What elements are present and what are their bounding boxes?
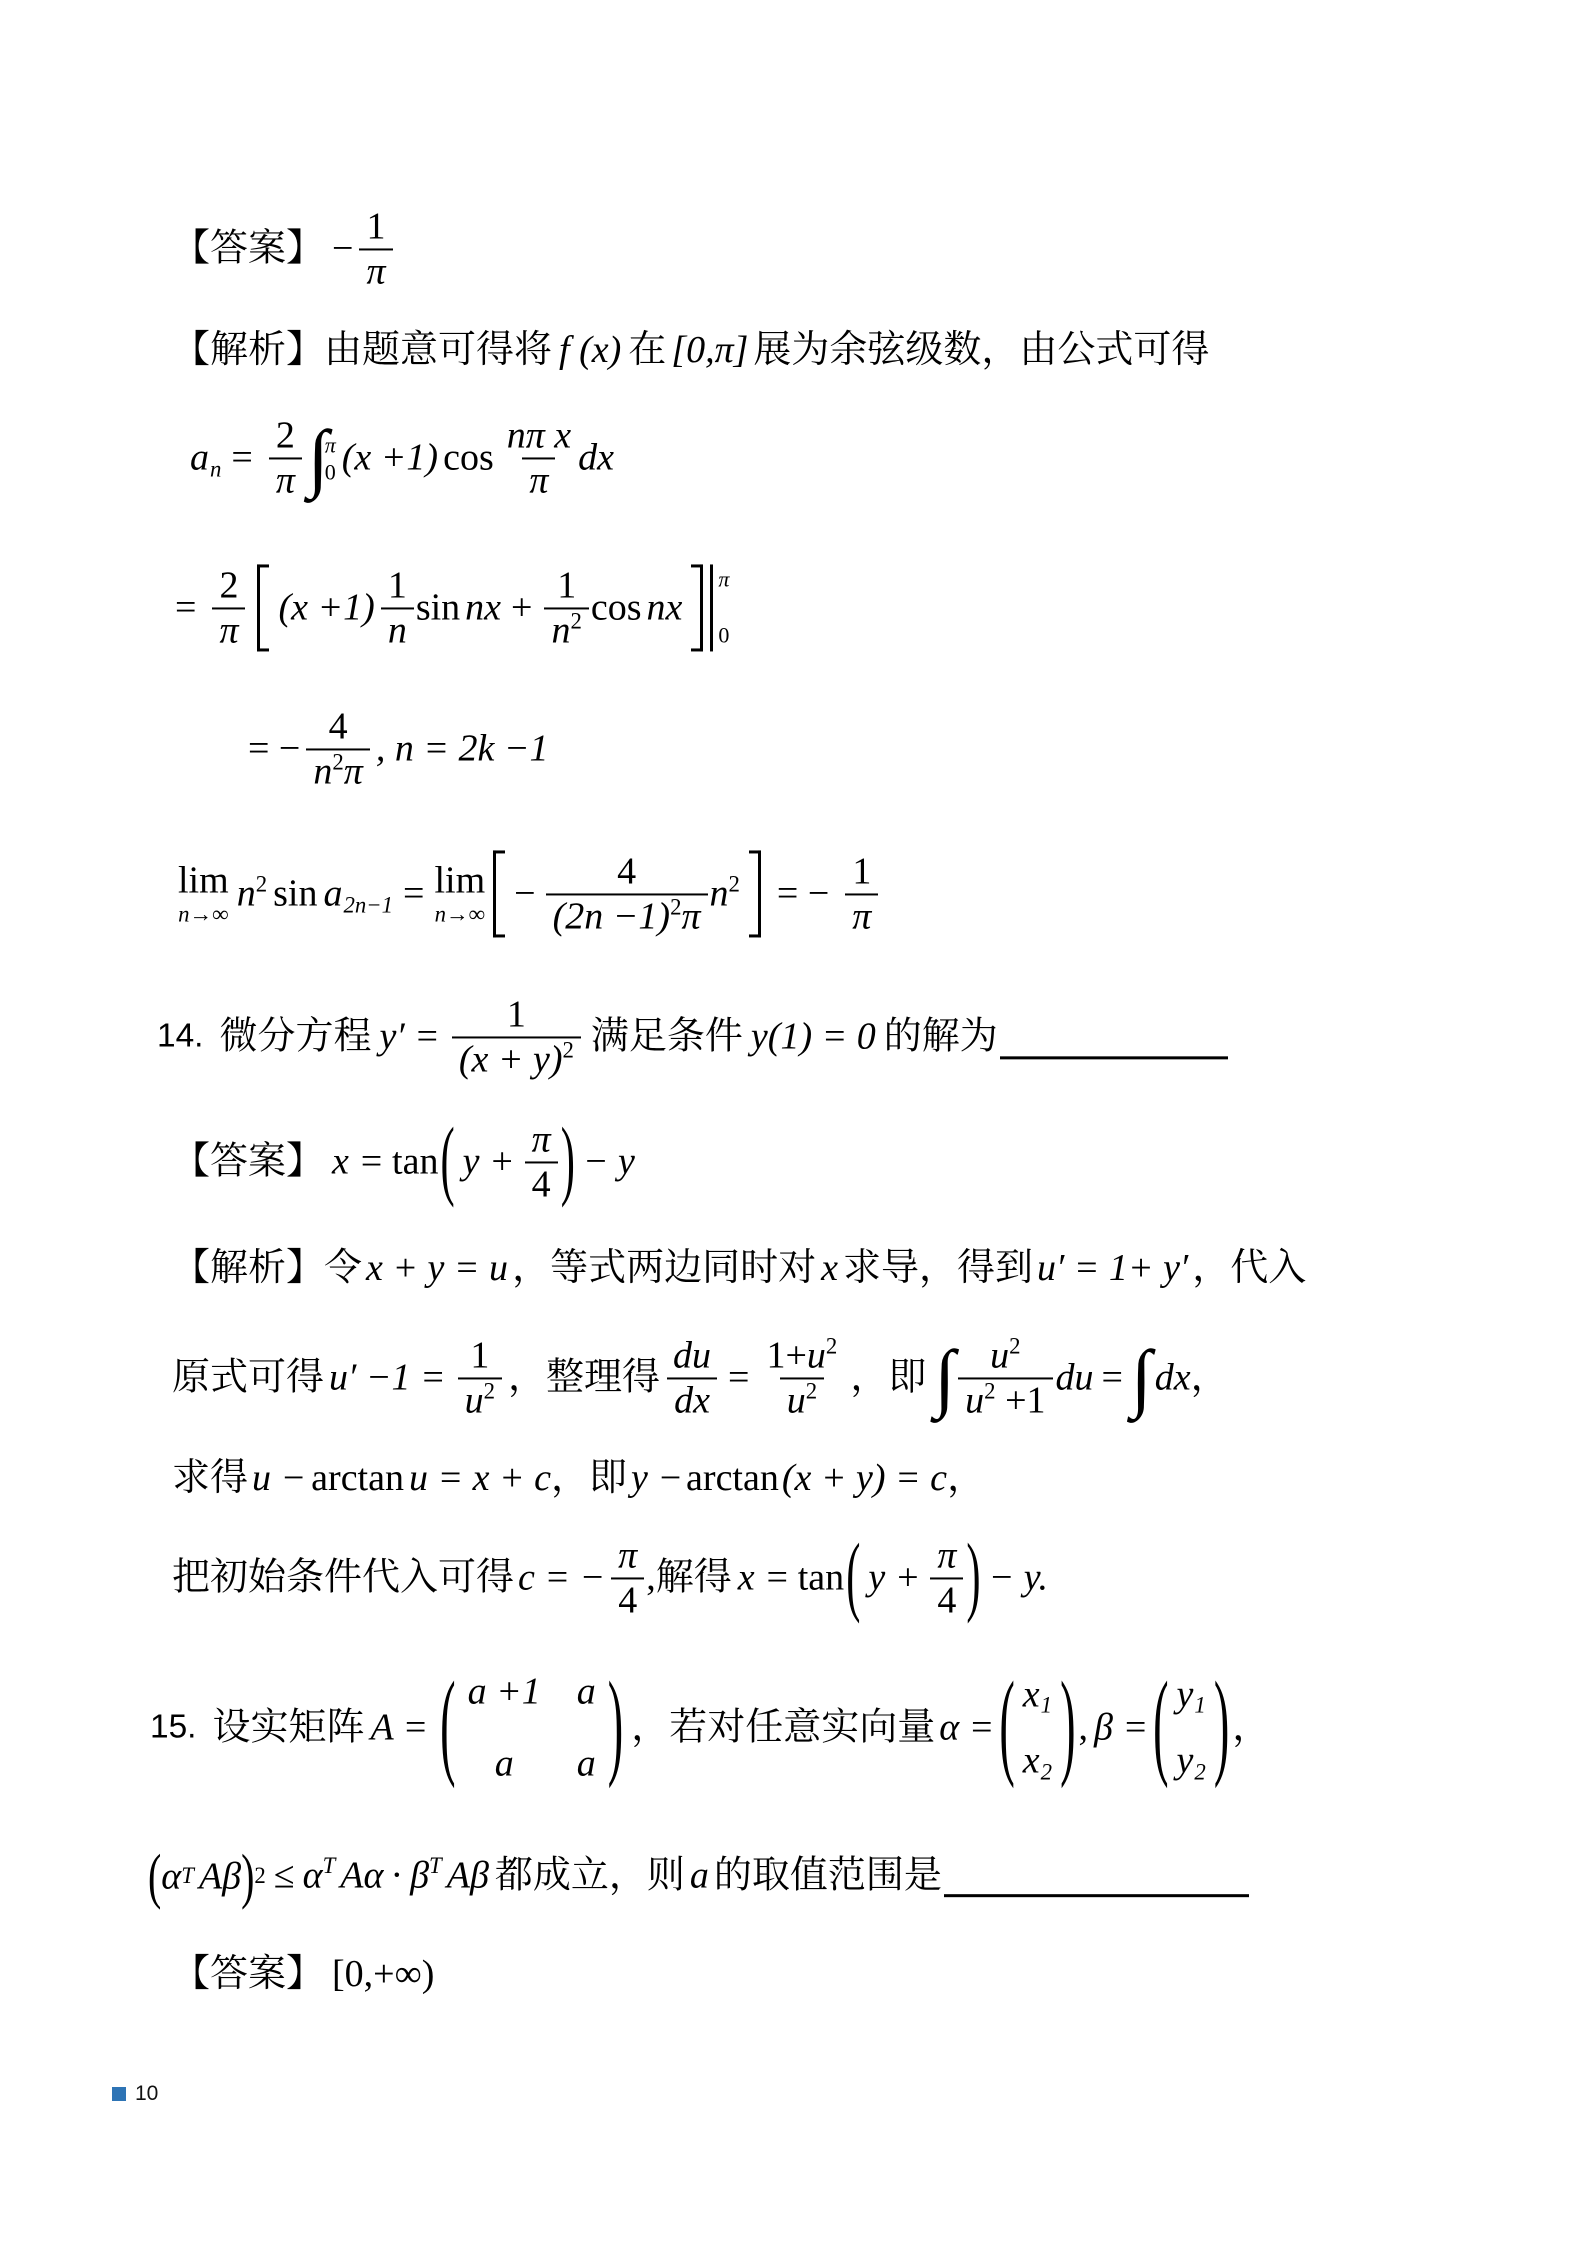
footer-square-icon [112,2087,126,2101]
math-token: dx [578,435,614,481]
cjk-text: 都成立，则 [495,1852,685,1898]
lim-text: lim [178,862,229,900]
numerator: 1+u2 [759,1334,844,1377]
math-token: x + y = u [366,1245,508,1291]
numerator: 1 [381,564,414,607]
lower-limit: 0 [325,460,336,487]
comma: , [1079,1705,1089,1751]
cjk-text: 满足条件 [591,1014,743,1060]
left-bracket [493,850,505,937]
tan-operator: tan [392,1139,438,1185]
paren-group: ( y + π 4 ) [846,1534,980,1621]
analysis-14-step4-line: 把初始条件代入可得 c = − π 4 ,解得 x = tan ( y + π … [172,1534,1048,1621]
right-paren: ) [241,1846,254,1908]
cjk-text: 的取值范围是 [714,1852,942,1898]
right-paren: ) [1214,1669,1229,1787]
lim-underscript: n→∞ [435,904,485,927]
dot-operator: · [390,1852,403,1898]
cjk-text: 由题意可得将 [324,327,552,373]
formula-an-line: an = 2 π ∫ π 0 (x +1) cos nπ x π dx [190,414,614,501]
cjk-text: 令 [324,1245,362,1291]
math-token: n2 [710,871,740,917]
denominator: (x + y)2 [452,1036,581,1081]
denominator: 4 [611,1577,644,1622]
numerator: 4 [322,705,355,748]
fraction: 2 π [269,414,302,501]
math-token: − y. [989,1555,1048,1601]
math-token: y(1) = 0 [751,1014,876,1060]
math-token: y + [868,1555,920,1601]
vector-cells: y1 y2 [1169,1672,1214,1785]
fraction: 1 n2 [544,564,588,651]
fraction: 4 n2π [306,705,369,792]
integral: ∫ π 0 [308,426,342,491]
right-paren: ) [608,1669,623,1787]
matrix-cell: a [577,1669,596,1715]
numerator: nπ x [500,414,578,457]
formula-limit-line: lim n→∞ n2 sin a2n−1 = lim n→∞ − 4 (2n −… [178,850,884,937]
answer-label: 【答案】 [172,1951,324,1997]
answer-label: 【答案】 [172,1139,324,1185]
bracket-content: − 4 (2n −1)2π n2 [511,850,743,937]
answer-14-line: 【答案】 x = tan ( y + π 4 ) − y [172,1118,635,1205]
evaluation-bar: π 0 [710,564,729,651]
bracket-content: (x +1) 1 n sin nx + 1 n2 cos nx [275,564,685,651]
question-15-inequality-line: (αTAβ)2 ≤ αTAα · βTAβ 都成立，则 a 的取值范围是 [148,1850,1249,1899]
matrix-cells: a +1 a a a [456,1669,608,1788]
math-token: u′ = 1+ y′ [1037,1245,1188,1291]
fraction: 1 n [381,564,414,651]
fraction: 1 π [359,205,392,292]
analysis-14-line: 【解析】 令 x + y = u ，等式两边同时对 x 求导，得到 u′ = 1… [172,1245,1306,1291]
fraction: π 4 [525,1118,558,1205]
analysis-label: 【解析】 [172,1245,324,1291]
formula-step3-line: = − 4 n2π , n = 2k −1 [248,705,548,792]
math-token: y′ = [379,1014,439,1060]
cos-operator: cos [443,435,494,481]
left-paren: ( [846,1533,860,1622]
numerator: 1 [845,850,878,893]
denominator: π [359,248,392,293]
limit-operator: lim n→∞ [178,862,229,927]
left-paren: ( [1153,1669,1168,1787]
denominator: π [845,893,878,938]
vector-cell: x1 [1023,1672,1052,1718]
math-token: , n = 2k −1 [376,726,549,772]
math-token: a2n−1 [323,871,393,917]
denominator: π [212,607,245,652]
sin-operator: sin [416,585,460,631]
lim-text: lim [434,862,485,900]
page-footer: 10 [112,2082,158,2106]
math-token: a [690,1852,709,1898]
answer-13-line: 【答案】 − 1 π [172,205,399,292]
bracket-group: (x +1) 1 n sin nx + 1 n2 cos nx π 0 [257,564,729,651]
fraction: 2 π [212,564,245,651]
right-bracket [691,564,703,651]
cjk-text: ,解得 [646,1555,732,1601]
vector-beta: ( y1 y2 ) [1153,1672,1229,1785]
math-token: y + [463,1139,515,1185]
arctan-operator: arctan [311,1455,404,1501]
denominator: n [381,607,414,652]
math-token: u′ −1 = [329,1355,446,1401]
fraction: 4 (2n −1)2π [546,850,708,937]
superscript-2: 2 [254,1863,265,1888]
cjk-text: 把初始条件代入可得 [172,1555,514,1601]
question-number: 15. [150,1708,196,1749]
denominator: π [522,457,555,502]
cjk-text: ，即 [551,1455,627,1501]
denominator: u2 [458,1377,502,1422]
denominator: u2 [780,1377,824,1422]
equals-sign: = [231,435,252,481]
arctan-operator: arctan [686,1455,779,1501]
cjk-text: 微分方程 [219,1014,371,1060]
analysis-14-step2-line: 原式可得 u′ −1 = 1 u2 ，整理得 du dx = 1+u2 u2 ，… [172,1334,1229,1421]
bracket-group: − 4 (2n −1)2π n2 [493,850,761,937]
answer-blank-underline [1000,1056,1228,1059]
numerator: 2 [269,414,302,457]
cjk-text: ， [1232,1705,1270,1751]
vector-alpha: ( x1 x2 ) [999,1672,1075,1785]
vector-cell: x2 [1023,1738,1052,1784]
math-token: βTAβ [410,1852,489,1898]
numerator: 1 [359,205,392,248]
math-token: y − [631,1455,683,1501]
answer-15-line: 【答案】 [0,+∞) [172,1951,434,1997]
math-token: nx [647,585,683,631]
vector-cells: x1 x2 [1015,1672,1060,1785]
fraction: 1+u2 u2 [759,1334,844,1421]
upper-limit: π [325,433,336,460]
math-token: dx [1155,1355,1191,1401]
cjk-text: ，即 [850,1355,926,1401]
denominator: n2π [306,748,369,793]
math-token: β = [1094,1705,1148,1751]
answer-blank-underline [944,1894,1249,1897]
limit-operator: lim n→∞ [434,862,485,927]
right-bracket [749,850,761,937]
math-token: [0,π] [671,327,748,373]
numerator: 2 [212,564,245,607]
left-paren: ( [999,1669,1014,1787]
question-number: 14. [157,1017,203,1058]
math-token: αTAα [303,1852,384,1898]
equals-minus: = − [777,871,829,917]
denominator: dx [667,1377,717,1422]
cjk-text: ， [947,1455,985,1501]
cjk-text: 设实矩阵 [212,1705,364,1751]
integral-sign: ∫ [1131,1346,1152,1411]
cjk-text: 求得 [172,1455,248,1501]
numerator: 4 [610,850,643,893]
minus-sign: − [332,226,353,272]
equals-sign: = [728,1355,749,1401]
denominator: u2 +1 [958,1377,1052,1422]
formula-step2-line: = 2 π (x +1) 1 n sin nx + 1 n2 cos [175,564,735,651]
fraction: 1 u2 [458,1334,502,1421]
numerator: 1 [500,993,533,1036]
math-token: an [190,435,221,481]
math-token: α [161,1855,181,1897]
right-paren: ) [1060,1669,1075,1787]
math-token: n2 [237,871,267,917]
question-14-line: 14. 微分方程 y′ = 1 (x + y)2 满足条件 y(1) = 0 的… [157,993,1228,1080]
fraction: 1 (x + y)2 [452,993,581,1080]
minus-sign: − [514,871,535,917]
left-paren: ( [440,1669,455,1787]
matrix-cell: a [495,1741,514,1787]
cjk-text: ，若对任意实向量 [631,1705,935,1751]
math-token: (x +1) [342,435,438,481]
math-token: [0,+∞) [332,1951,434,1997]
cos-operator: cos [591,585,642,631]
left-bracket [257,564,269,651]
paren-squared-group: (αTAβ)2 [148,1850,266,1899]
cjk-text: 求导，得到 [843,1245,1033,1291]
math-token: x = [738,1555,790,1601]
numerator: π [611,1534,644,1577]
equals-sign: = [403,871,424,917]
page-number: 10 [135,2082,158,2106]
denominator: 4 [930,1577,963,1622]
math-token: (x +1) [278,585,374,631]
fraction: π 4 [930,1534,963,1621]
left-paren: ( [148,1846,161,1908]
matrix-A: ( a +1 a a a ) [440,1669,623,1788]
math-token: u = x + c [409,1455,551,1501]
question-15-line: 15. 设实矩阵 A = ( a +1 a a a ) ，若对任意实向量 α =… [150,1669,1270,1788]
matrix-cell: a [577,1741,596,1787]
fraction: π 4 [611,1534,644,1621]
cjk-text: 在 [628,327,666,373]
fraction: du dx [666,1334,718,1421]
vector-cell: y2 [1177,1738,1206,1784]
numerator: 1 [550,564,583,607]
math-token: x [821,1245,838,1291]
numerator: du [666,1334,718,1377]
upper-limit: π [718,566,729,593]
vector-cell: y1 [1177,1672,1206,1718]
equals-minus: = − [248,726,300,772]
analysis-14-step3-line: 求得 u − arctan u = x + c ，即 y − arctan (x… [172,1455,985,1501]
right-paren: ) [966,1533,980,1622]
analysis-label: 【解析】 [172,327,324,373]
fraction: nπ x π [500,414,578,501]
math-token: − y [583,1139,635,1185]
integral-limits: π 0 [325,433,336,484]
cjk-text: 展为余弦级数，由公式可得 [753,327,1209,373]
sin-operator: sin [273,871,317,917]
cjk-text: ，等式两边同时对 [512,1245,816,1291]
lim-underscript: n→∞ [178,904,228,927]
cjk-text: 原式可得 [172,1355,324,1401]
tan-operator: tan [798,1555,844,1601]
matrix-cell: a +1 [468,1669,541,1715]
math-token: α = [939,1705,994,1751]
math-token: u − [252,1455,306,1501]
numerator: u2 [983,1334,1027,1377]
cjk-text: 的解为 [884,1014,998,1060]
denominator: 4 [525,1161,558,1206]
math-token: c = − [518,1555,605,1601]
math-token: f (x) [559,327,621,373]
math-token: Aβ [199,1855,241,1897]
fraction: 1 π [845,850,878,937]
cjk-text: ，代入 [1192,1245,1306,1291]
superscript-T: T [181,1863,194,1888]
paren-group: ( y + π 4 ) [440,1118,574,1205]
denominator: n2 [544,607,588,652]
analysis-13-line: 【解析】 由题意可得将 f (x) 在 [0,π] 展为余弦级数，由公式可得 [172,327,1209,373]
numerator: 1 [463,1334,496,1377]
plus-sign: + [511,585,532,631]
document-page: 【答案】 − 1 π 【解析】 由题意可得将 f (x) 在 [0,π] 展为余… [0,0,1587,2245]
equals-sign: = [175,585,196,631]
denominator: (2n −1)2π [546,893,708,938]
math-token: nx [465,585,501,631]
math-token: du [1056,1355,1094,1401]
numerator: π [930,1534,963,1577]
lower-limit: 0 [718,623,729,650]
math-token: A = [370,1705,428,1751]
left-paren: ( [440,1117,454,1206]
math-token: x = [332,1139,384,1185]
less-equal-sign: ≤ [274,1852,295,1898]
denominator: π [269,457,302,502]
fraction: u2 u2 +1 [958,1334,1052,1421]
numerator: π [525,1118,558,1161]
answer-label: 【答案】 [172,226,324,272]
equals-sign: = [1102,1355,1123,1401]
right-paren: ) [561,1117,575,1206]
cjk-text: ， [1191,1355,1229,1401]
math-token: (x + y) = c [782,1455,947,1501]
integral-sign: ∫ [934,1346,955,1411]
cjk-text: ，整理得 [508,1355,660,1401]
